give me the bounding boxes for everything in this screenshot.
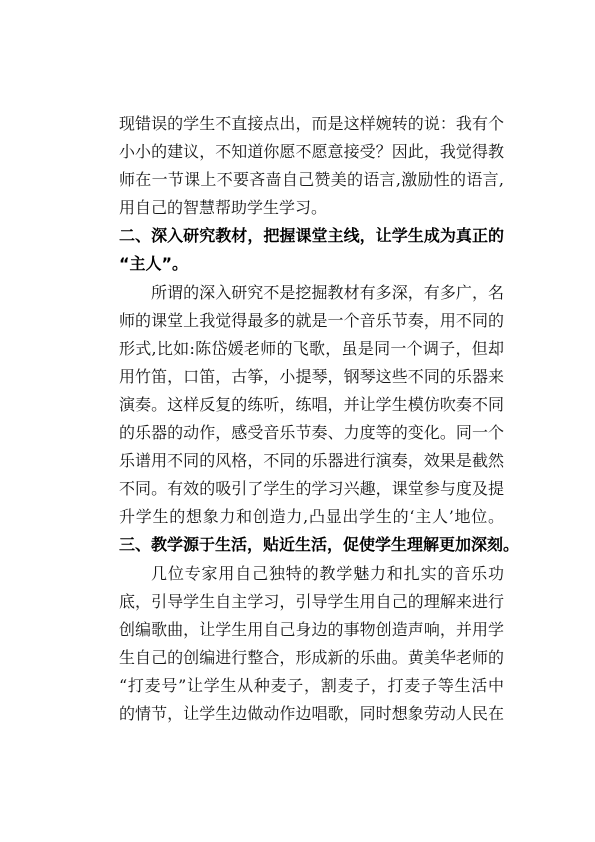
text-line: 底，引导学生自主学习，引导学生用自己的理解来进行 xyxy=(119,588,504,616)
text-line: 几位专家用自己独特的教学魅力和扎实的音乐功 xyxy=(119,560,504,588)
text-line: 形式,比如:陈岱媛老师的飞歌，虽是同一个调子，但却 xyxy=(119,335,504,363)
text-line: 的情节，让学生边做动作边唱歌，同时想象劳动人民在 xyxy=(119,700,504,728)
text-line: 不同。有效的吸引了学生的学习兴趣，课堂参与度及提 xyxy=(119,475,504,503)
text-line: 的乐器的动作，感受音乐节奏、力度等的变化。同一个 xyxy=(119,419,504,447)
text-line: 小小的建议，不知道你愿不愿意接受？因此，我觉得教 xyxy=(119,138,504,166)
text-line: 师的课堂上我觉得最多的就是一个音乐节奏，用不同的 xyxy=(119,307,504,335)
paragraph-continuation: 现错误的学生不直接点出，而是这样婉转的说：我有个 小小的建议，不知道你愿不愿意接… xyxy=(119,110,504,222)
text-line: 所谓的深入研究不是挖掘教材有多深，有多广，名 xyxy=(119,279,504,307)
document-page: 现错误的学生不直接点出，而是这样婉转的说：我有个 小小的建议，不知道你愿不愿意接… xyxy=(0,0,595,842)
paragraph-life-teaching: 几位专家用自己独特的教学魅力和扎实的音乐功 底，引导学生自主学习，引导学生用自己… xyxy=(119,560,504,729)
text-line: 演奏。这样反复的练听，练唱，并让学生模仿吹奏不同 xyxy=(119,391,504,419)
heading-line: 三、教学源于生活，贴近生活，促使学生理解更加深刻。 xyxy=(119,531,504,559)
heading-line: “主人”。 xyxy=(119,250,504,278)
heading-line: 二、深入研究教材，把握课堂主线，让学生成为真正的 xyxy=(119,222,504,250)
text-line: 用自己的智慧帮助学生学习。 xyxy=(119,194,504,222)
text-line: 生自己的创编进行整合，形成新的乐曲。黄美华老师的 xyxy=(119,644,504,672)
text-line: 升学生的想象力和创造力,凸显出学生的‘主人’地位。 xyxy=(119,503,504,531)
page-text-body: 现错误的学生不直接点出，而是这样婉转的说：我有个 小小的建议，不知道你愿不愿意接… xyxy=(119,110,504,728)
paragraph-textbook-study: 所谓的深入研究不是挖掘教材有多深，有多广，名 师的课堂上我觉得最多的就是一个音乐… xyxy=(119,279,504,532)
section-heading-2: 二、深入研究教材，把握课堂主线，让学生成为真正的 “主人”。 xyxy=(119,222,504,278)
text-line: 师在一节课上不要吝啬自己赞美的语言,激励性的语言, xyxy=(119,166,504,194)
text-line: 创编歌曲，让学生用自己身边的事物创造声响，并用学 xyxy=(119,616,504,644)
text-line: 现错误的学生不直接点出，而是这样婉转的说：我有个 xyxy=(119,110,504,138)
text-line: 乐谱用不同的风格，不同的乐器进行演奏，效果是截然 xyxy=(119,447,504,475)
text-line: “打麦号”让学生从种麦子，割麦子，打麦子等生活中 xyxy=(119,672,504,700)
text-line: 用竹笛，口笛，古筝，小提琴，钢琴这些不同的乐器来 xyxy=(119,363,504,391)
section-heading-3: 三、教学源于生活，贴近生活，促使学生理解更加深刻。 xyxy=(119,531,504,559)
